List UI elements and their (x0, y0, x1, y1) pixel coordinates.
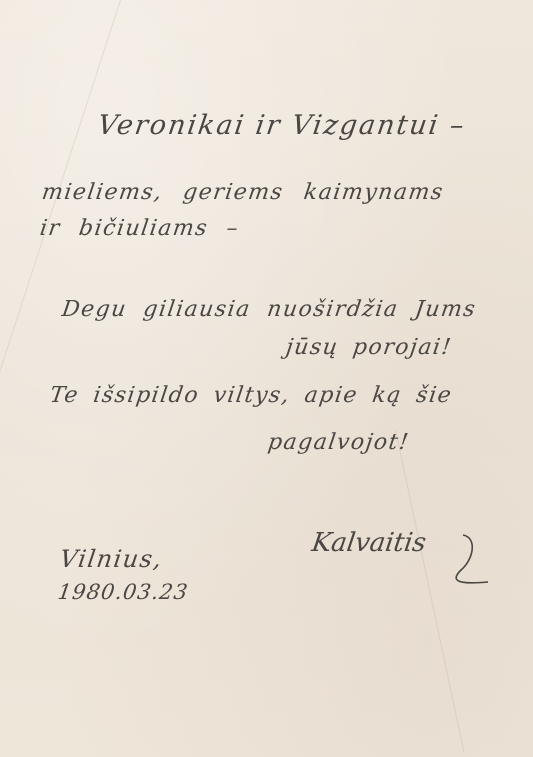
dedication-line-1: Veronikai ir Vizgantui – (96, 110, 468, 141)
dedication-line-2: mieliems, geriems kaimynams (40, 180, 445, 205)
date: 1980.03.23 (56, 580, 190, 604)
dedication-line-6: Te išsipildo viltys, apie ką šie (48, 383, 454, 408)
signature-flourish-icon (433, 530, 493, 590)
place-name: Vilnius, (58, 545, 165, 573)
scanned-page: Veronikai ir Vizgantui – mieliems, gerie… (0, 0, 533, 757)
dedication-line-5: jūsų porojai! (284, 335, 453, 360)
signature: Kalvaitis (310, 528, 428, 558)
dedication-line-4: Degu giliausia nuoširdžia Jums (60, 297, 478, 322)
dedication-line-7: pagalvojot! (266, 430, 411, 455)
dedication-line-3: ir bičiuliams – (38, 216, 241, 241)
paper-crease (395, 430, 465, 753)
